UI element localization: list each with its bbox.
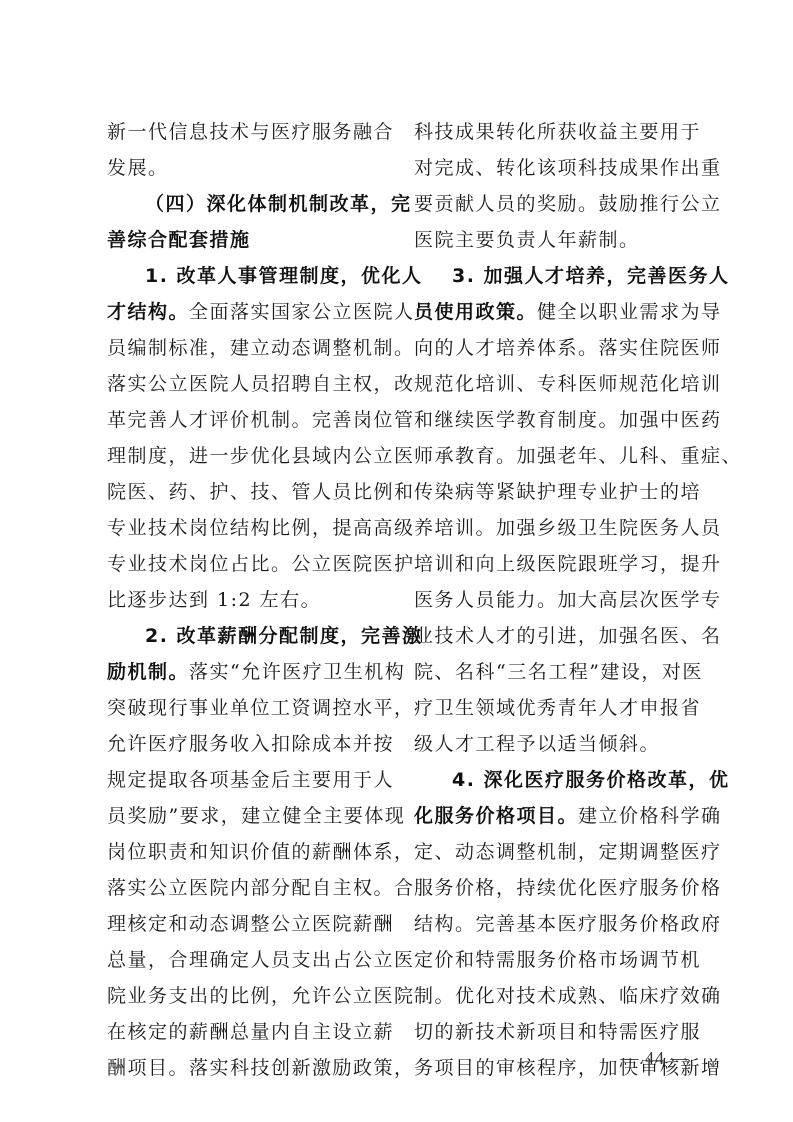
text-line: 切的新技术新项目和特需医疗服	[414, 1014, 688, 1050]
text-line: 员使用政策。健全以职业需求为导	[414, 294, 688, 330]
body-text: 对完成、转化该项科技成果作出重	[414, 157, 722, 179]
text-line: 化服务价格项目。建立价格科学确	[414, 798, 688, 834]
text-line: 定、动态调整机制，定期调整医疗	[414, 834, 688, 870]
text-line: 酬项目。落实科技创新激励政策，	[107, 1050, 383, 1086]
text-line: 岗位职责和知识价值的薪酬体系，	[107, 834, 383, 870]
body-text: 向的人才培养体系。落实住院医师	[414, 337, 722, 359]
text-line: 医院主要负责人年薪制。	[414, 222, 688, 258]
body-text: 专业技术岗位占比。公立医院医护	[107, 553, 415, 575]
body-text: 全面落实国家公立医院人	[189, 301, 415, 323]
text-line: 规定提取各项基金后主要用于人	[107, 762, 383, 798]
text-line: 专业技术岗位结构比例，提高高级	[107, 510, 383, 546]
bold-heading-text: 1. 改革人事管理制度，优化人	[145, 265, 423, 287]
text-line: 对完成、转化该项科技成果作出重	[414, 150, 688, 186]
text-line: 传染病等紧缺护理专业护士的培	[414, 474, 688, 510]
text-line: 医务人员能力。加大高层次医学专	[414, 582, 688, 618]
text-line: 院、名科“三名工程”建设，对医	[414, 654, 688, 690]
left-column: 新一代信息技术与医疗服务融合发展。（四）深化体制机制改革，完善综合配套措施1. …	[107, 114, 383, 1086]
body-text: 业技术人才的引进，加强名医、名	[414, 625, 722, 647]
text-line: 养培训。加强乡级卫生院医务人员	[414, 510, 688, 546]
text-line: 2. 改革薪酬分配制度，完善激	[107, 618, 383, 654]
body-text: 医院主要负责人年薪制。	[414, 229, 640, 251]
bold-heading-text: 励机制。	[107, 661, 189, 683]
text-line: 总量，合理确定人员支出占公立医	[107, 942, 383, 978]
body-text: 酬项目。落实科技创新激励政策，	[107, 1057, 415, 1079]
text-line: 级人才工程予以适当倾斜。	[414, 726, 688, 762]
text-line: 专业技术岗位占比。公立医院医护	[107, 546, 383, 582]
body-text: 定价和特需服务价格市场调节机	[414, 949, 701, 971]
text-line: 革完善人才评价机制。完善岗位管	[107, 402, 383, 438]
text-line: 向的人才培养体系。落实住院医师	[414, 330, 688, 366]
body-text: 院、名科“三名工程”建设，对医	[414, 661, 703, 683]
document-page: 新一代信息技术与医疗服务融合发展。（四）深化体制机制改革，完善综合配套措施1. …	[0, 0, 793, 1122]
text-line: 科技成果转化所获收益主要用于	[414, 114, 688, 150]
text-line: 1. 改革人事管理制度，优化人	[107, 258, 383, 294]
body-text: 医务人员能力。加大高层次医学专	[414, 589, 722, 611]
bold-heading-text: 2. 改革薪酬分配制度，完善激	[145, 625, 423, 647]
text-line: 员奖励”要求，建立健全主要体现	[107, 798, 383, 834]
text-line: 允许医疗服务收入扣除成本并按	[107, 726, 383, 762]
body-text: 院业务支出的比例，允许公立医院	[107, 985, 415, 1007]
text-line: 服务价格，持续优化医疗服务价格	[414, 870, 688, 906]
text-line: 院医、药、护、技、管人员比例和	[107, 474, 383, 510]
body-text: 理制度，进一步优化县域内公立医	[107, 445, 415, 467]
body-text: 传染病等紧缺护理专业护士的培	[414, 481, 701, 503]
text-line: 3. 加强人才培养，完善医务人	[414, 258, 688, 294]
text-line: 业技术人才的引进，加强名医、名	[414, 618, 688, 654]
text-line: 突破现行事业单位工资调控水平，	[107, 690, 383, 726]
body-text: 专业技术岗位结构比例，提高高级	[107, 517, 415, 539]
body-text: 健全以职业需求为导	[537, 301, 722, 323]
bold-heading-text: 员使用政策。	[414, 301, 537, 323]
text-line: 制。优化对技术成熟、临床疗效确	[414, 978, 688, 1014]
text-line: 培训和向上级医院跟班学习，提升	[414, 546, 688, 582]
text-line: 落实公立医院人员招聘自主权，改	[107, 366, 383, 402]
text-line: 院业务支出的比例，允许公立医院	[107, 978, 383, 1014]
bold-heading-text: 3. 加强人才培养，完善医务人	[452, 265, 730, 287]
body-text: 理核定和动态调整公立医院薪酬	[107, 913, 394, 935]
body-text: 结构。完善基本医疗服务价格政府	[414, 913, 722, 935]
body-text: 落实“允许医疗卫生机构	[189, 661, 405, 683]
body-text: 培训和向上级医院跟班学习，提升	[414, 553, 722, 575]
body-text: 落实公立医院人员招聘自主权，改	[107, 373, 415, 395]
body-text: 养培训。加强乡级卫生院医务人员	[414, 517, 722, 539]
text-line: 师承教育。加强老年、儿科、重症、	[414, 438, 688, 474]
text-line: 新一代信息技术与医疗服务融合	[107, 114, 383, 150]
text-line: 疗卫生领域优秀青年人才申报省	[414, 690, 688, 726]
text-line: （四）深化体制机制改革，完	[107, 186, 383, 222]
body-text: 落实公立医院内部分配自主权。合	[107, 877, 415, 899]
bold-heading-text: 4. 深化医疗服务价格改革，优	[452, 769, 730, 791]
text-line: 员编制标准，建立动态调整机制。	[107, 330, 383, 366]
text-line: 定价和特需服务价格市场调节机	[414, 942, 688, 978]
text-line: 落实公立医院内部分配自主权。合	[107, 870, 383, 906]
body-text: 新一代信息技术与医疗服务融合	[107, 121, 394, 143]
body-text: 总量，合理确定人员支出占公立医	[107, 949, 415, 971]
body-text: 建立价格科学确	[578, 805, 722, 827]
text-line: 在核定的薪酬总量内自主设立薪	[107, 1014, 383, 1050]
body-text: 规定提取各项基金后主要用于人	[107, 769, 394, 791]
body-text: 服务价格，持续优化医疗服务价格	[414, 877, 722, 899]
body-text: 发展。	[107, 157, 169, 179]
body-text: 员奖励”要求，建立健全主要体现	[107, 805, 405, 827]
text-line: 善综合配套措施	[107, 222, 383, 258]
text-line: 4. 深化医疗服务价格改革，优	[414, 762, 688, 798]
body-text: 切的新技术新项目和特需医疗服	[414, 1021, 701, 1043]
body-text: 允许医疗服务收入扣除成本并按	[107, 733, 394, 755]
body-text: 和继续医学教育制度。加强中医药	[414, 409, 722, 431]
body-text: 制。优化对技术成熟、临床疗效确	[414, 985, 722, 1007]
body-text: 规范化培训、专科医师规范化培训	[414, 373, 722, 395]
bold-heading-text: 才结构。	[107, 301, 189, 323]
text-line: 发展。	[107, 150, 383, 186]
body-text: 突破现行事业单位工资调控水平，	[107, 697, 415, 719]
bold-heading-text: （四）深化体制机制改革，完	[145, 193, 412, 215]
body-text: 疗卫生领域优秀青年人才申报省	[414, 697, 701, 719]
body-text: 革完善人才评价机制。完善岗位管	[107, 409, 415, 431]
body-text: 师承教育。加强老年、儿科、重症、	[414, 445, 742, 467]
body-text: 员编制标准，建立动态调整机制。	[107, 337, 415, 359]
body-text: 级人才工程予以适当倾斜。	[414, 733, 660, 755]
text-line: 要贡献人员的奖励。鼓励推行公立	[414, 186, 688, 222]
text-line: 才结构。全面落实国家公立医院人	[107, 294, 383, 330]
body-text: 科技成果转化所获收益主要用于	[414, 121, 701, 143]
right-column: 科技成果转化所获收益主要用于对完成、转化该项科技成果作出重要贡献人员的奖励。鼓励…	[414, 114, 688, 1086]
text-line: 理制度，进一步优化县域内公立医	[107, 438, 383, 474]
text-line: 结构。完善基本医疗服务价格政府	[414, 906, 688, 942]
text-line: 规范化培训、专科医师规范化培训	[414, 366, 688, 402]
body-text: 院医、药、护、技、管人员比例和	[107, 481, 415, 503]
body-text: 在核定的薪酬总量内自主设立薪	[107, 1021, 394, 1043]
text-line: 理核定和动态调整公立医院薪酬	[107, 906, 383, 942]
body-text: 比逐步达到 1:2 左右。	[107, 589, 321, 611]
body-text: 要贡献人员的奖励。鼓励推行公立	[414, 193, 722, 215]
bold-heading-text: 善综合配套措施	[107, 229, 251, 251]
body-text: 岗位职责和知识价值的薪酬体系，	[107, 841, 415, 863]
page-number: — 44 —	[610, 1048, 700, 1069]
bold-heading-text: 化服务价格项目。	[414, 805, 578, 827]
text-line: 比逐步达到 1:2 左右。	[107, 582, 383, 618]
text-line: 励机制。落实“允许医疗卫生机构	[107, 654, 383, 690]
body-text: 定、动态调整机制，定期调整医疗	[414, 841, 722, 863]
text-line: 和继续医学教育制度。加强中医药	[414, 402, 688, 438]
